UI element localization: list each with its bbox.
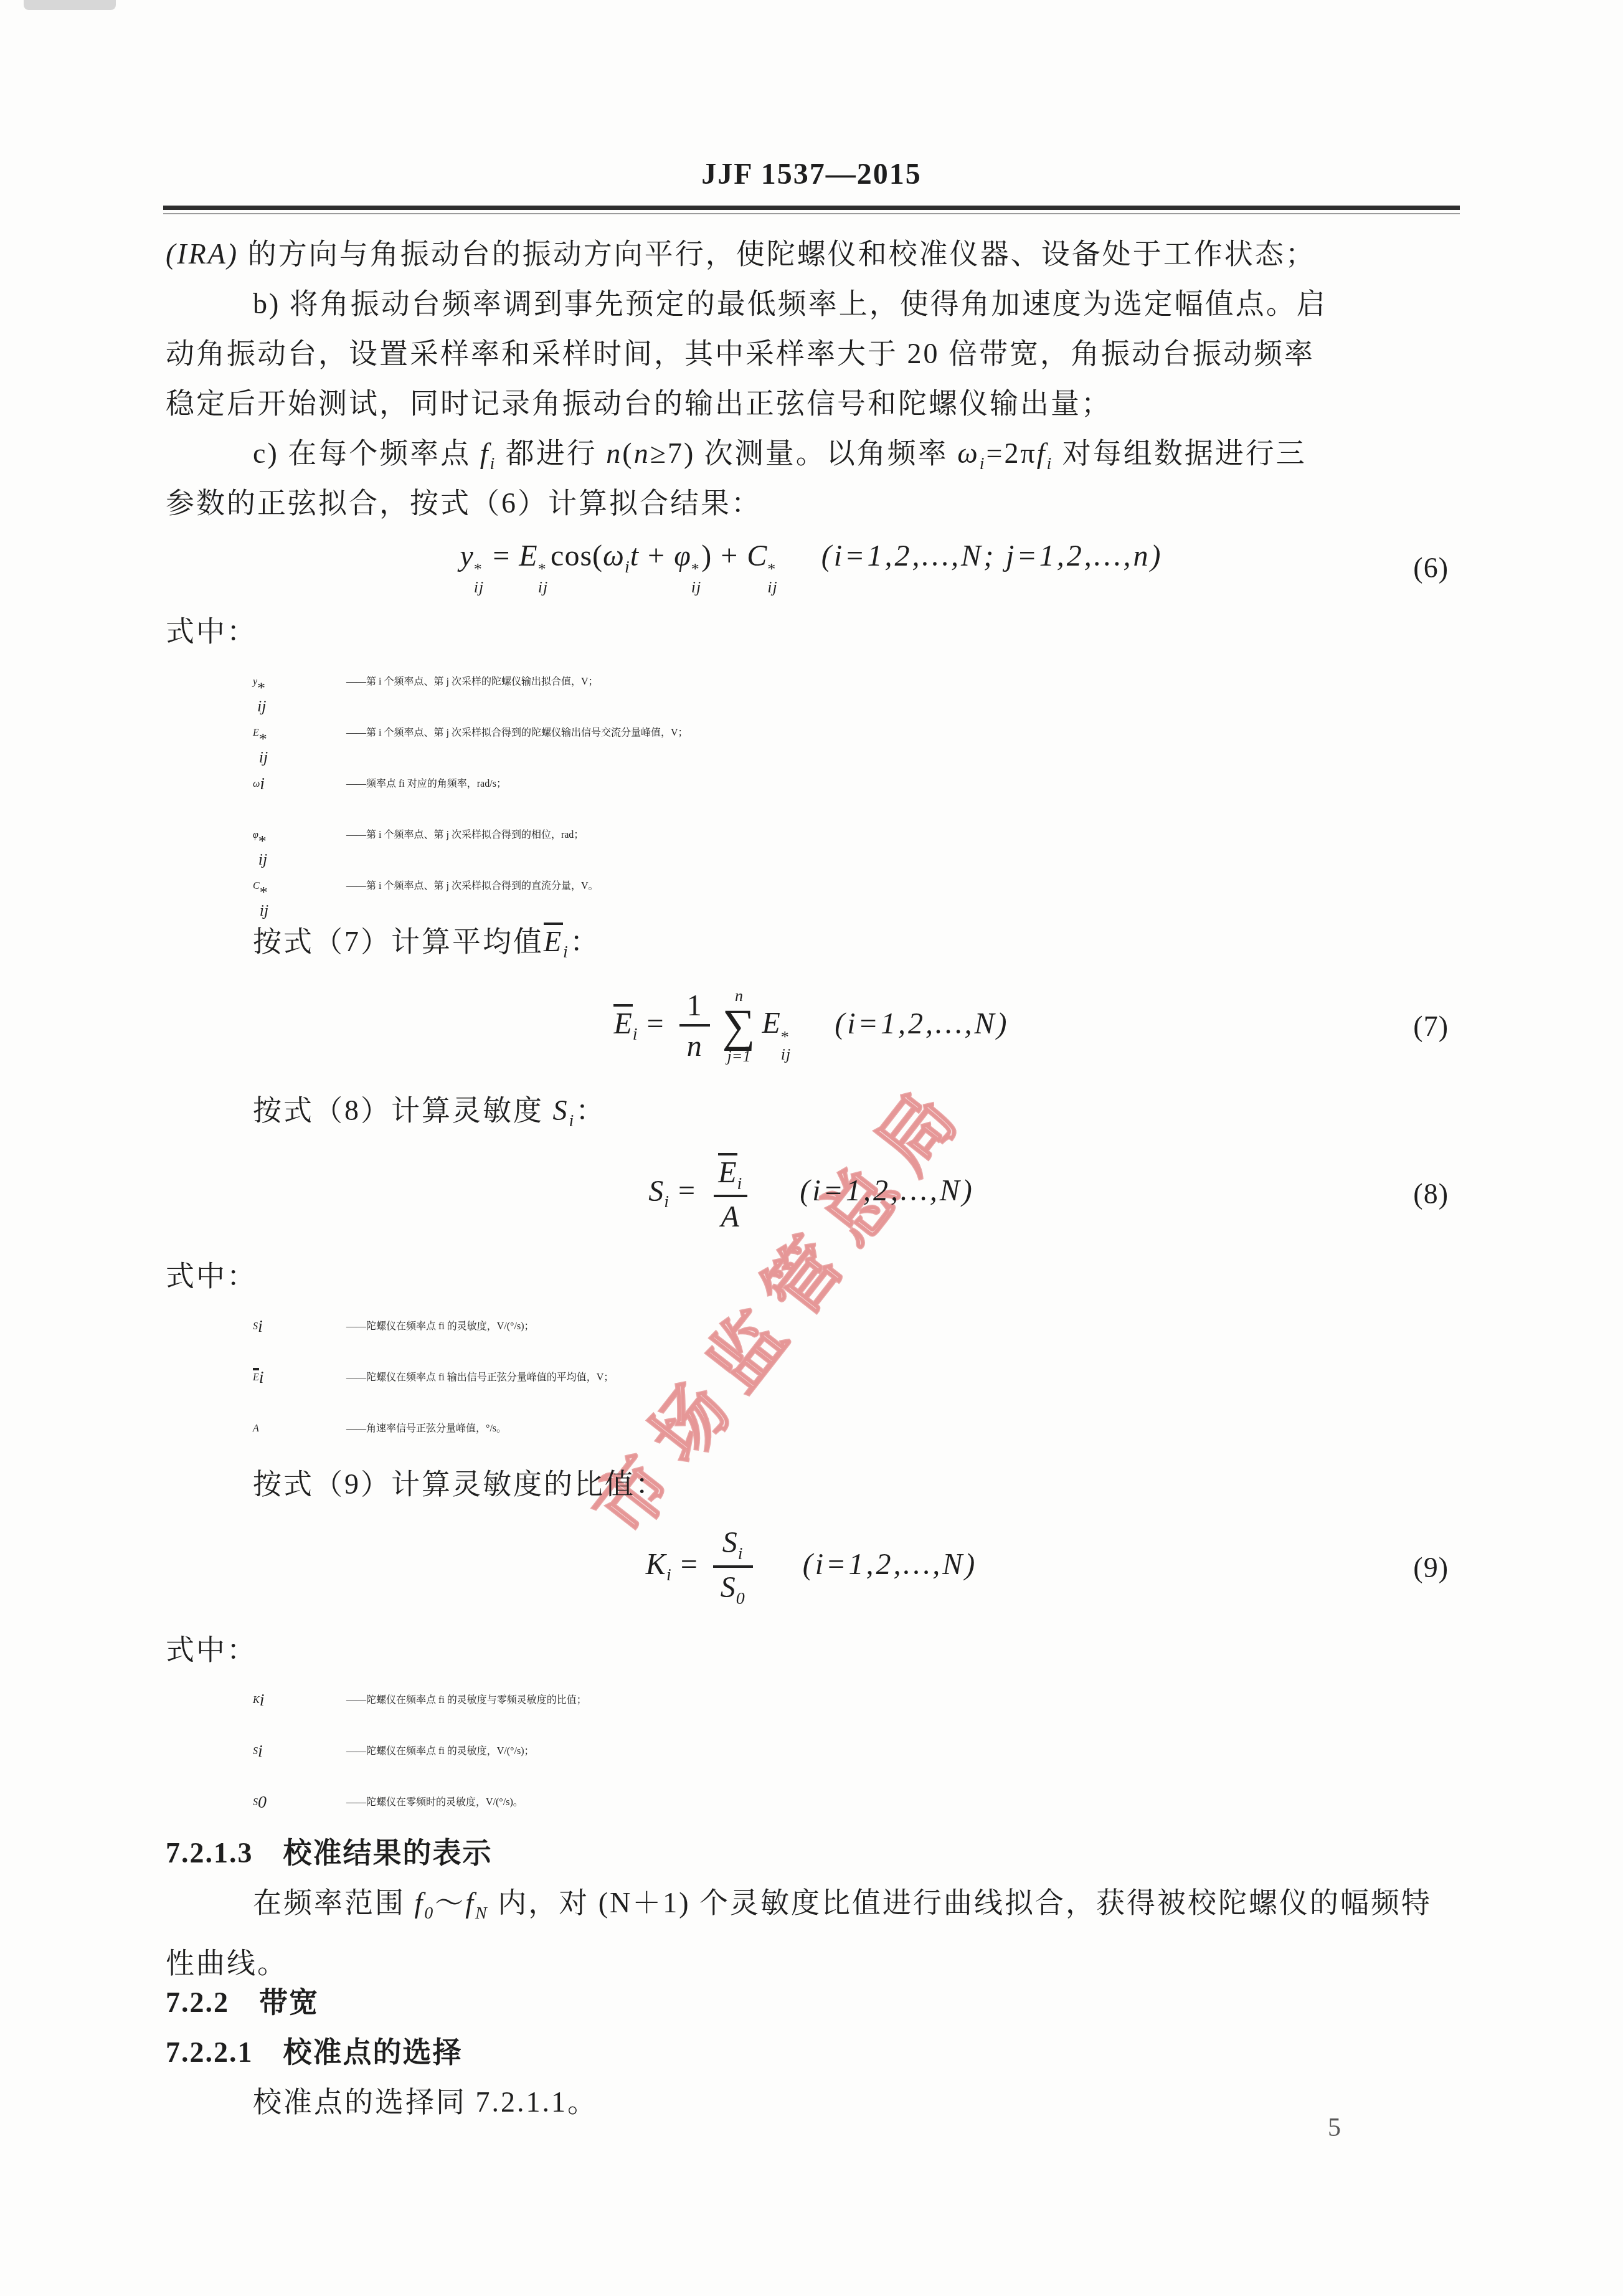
fraction: EiA: [711, 1153, 750, 1235]
page-body: (IRA) 的方向与角振动台的振动方向平行，使陀螺仪和校准仪器、设备处于工作状态…: [166, 229, 1457, 2127]
paragraph-frequency-range: 在频率范围 f0～fN 内，对 (N＋1) 个灵敏度比值进行曲线拟合，获得被校陀…: [166, 1878, 1457, 1978]
scan-artifact: [24, 0, 116, 10]
paragraph-c: c) 在每个频率点 fi 都进行 n(n≥7) 次测量。以角频率 ωi=2πfi…: [166, 429, 1457, 478]
paragraph-b: b) 将角振动台频率调到事先预定的最低频率上，使得角加速度为选定幅值点。启: [166, 279, 1457, 329]
definition-row: C*ij——第 i 个频率点、第 j 次采样拟合得到的直流分量，V。: [166, 861, 1457, 912]
paragraph-b-cont2: 稳定后开始测试，同时记录角振动台的输出正弦信号和陀螺仪输出量；: [166, 379, 1457, 429]
fraction: SiS0: [713, 1525, 753, 1609]
paragraph-by-formula7: 按式（7）计算平均值Ei：: [166, 917, 1457, 967]
label-shizhong-2: 式中：: [166, 1251, 1457, 1301]
definition-row: Si——陀螺仪在频率点 fi 的灵敏度，V/(°/s)；: [166, 1726, 1457, 1777]
section-heading-7-2-2-1: 7.2.2.1 校准点的选择: [166, 2028, 1457, 2077]
definition-row: Ki——陀螺仪在频率点 fi 的灵敏度与零频灵敏度的比值；: [166, 1675, 1457, 1726]
definition-row: S0——陀螺仪在零频时的灵敏度，V/(°/s)。: [166, 1777, 1457, 1828]
paragraph-by-formula8: 按式（8）计算灵敏度 Si：: [166, 1086, 1457, 1136]
overline-E: E: [544, 923, 563, 956]
equation-number-6: (6): [1413, 551, 1449, 584]
label-shizhong-3: 式中：: [166, 1625, 1457, 1675]
section-heading-7-2-2: 7.2.2 带宽: [166, 1978, 1457, 2028]
ira-text: 的方向与角振动台的振动方向平行，使陀螺仪和校准仪器、设备处于工作状态；: [239, 238, 1316, 270]
formula-9-expression: Ki=SiS0(i=1,2,…,N): [646, 1525, 977, 1609]
header-rule-thin: [163, 213, 1460, 214]
page-number: 5: [1328, 2113, 1341, 2143]
formula-8-expression: Si=EiA(i=1,2,…,N): [648, 1153, 974, 1235]
formula-6: y*ij=E*ijcos(ωit+φ*ij)+C*ij(i=1,2,…,N; j…: [166, 533, 1457, 602]
paragraph-b-cont1: 动角振动台，设置采样率和采样时间，其中采样率大于 20 倍带宽，角振动台振动频率: [166, 329, 1457, 379]
paragraph-ira: (IRA) 的方向与角振动台的振动方向平行，使陀螺仪和校准仪器、设备处于工作状态…: [166, 229, 1457, 279]
paragraph-c-cont: 参数的正弦拟合，按式（6）计算拟合结果：: [166, 478, 1457, 528]
fraction: 1n: [679, 989, 710, 1063]
definition-row: y*ij——第 i 个频率点、第 j 次采样的陀螺仪输出拟合值，V；: [166, 657, 1457, 708]
paragraph-last: 校准点的选择同 7.2.1.1。: [166, 2077, 1457, 2127]
definition-row: φ*ij——第 i 个频率点、第 j 次采样拟合得到的相位，rad；: [166, 810, 1457, 861]
equation-number-7: (7): [1413, 1010, 1449, 1043]
label-shizhong-1: 式中：: [166, 607, 1457, 657]
equation-number-8: (8): [1413, 1177, 1449, 1210]
section-heading-7-2-1-3: 7.2.1.3 校准结果的表示: [166, 1828, 1457, 1878]
formula-9: Ki=SiS0(i=1,2,…,N) (9): [166, 1514, 1457, 1620]
formula-8: Si=EiA(i=1,2,…,N) (8): [166, 1141, 1457, 1246]
definition-row: E*ij——第 i 个频率点、第 j 次采样拟合得到的陀螺仪输出信号交流分量峰值…: [166, 708, 1457, 759]
definition-row: A——角速率信号正弦分量峰值，°/s。: [166, 1403, 1457, 1454]
definition-row: ωi——频率点 fi 对应的角频率，rad/s；: [166, 759, 1457, 810]
document-page: JJF 1537—2015 市场监管总局 (IRA) 的方向与角振动台的振动方向…: [0, 0, 1623, 2296]
formula-6-expression: y*ij=E*ijcos(ωit+φ*ij)+C*ij(i=1,2,…,N; j…: [460, 539, 1163, 596]
formula-7-expression: Ei=1nn∑j=1E*ij(i=1,2,…,N): [613, 988, 1009, 1064]
header-rule-thick: [163, 206, 1460, 210]
summation: n∑j=1: [722, 988, 756, 1064]
equation-number-9: (9): [1413, 1551, 1449, 1584]
definition-row: Ei——陀螺仪在频率点 fi 输出信号正弦分量峰值的平均值，V；: [166, 1352, 1457, 1403]
ira-symbol: (IRA): [166, 238, 239, 270]
definition-row: Si——陀螺仪在频率点 fi 的灵敏度，V/(°/s)；: [166, 1301, 1457, 1352]
doc-code-header: JJF 1537—2015: [166, 157, 1457, 191]
formula-7: Ei=1nn∑j=1E*ij(i=1,2,…,N) (7): [166, 972, 1457, 1081]
paragraph-by-formula9: 按式（9）计算灵敏度的比值：: [166, 1459, 1457, 1509]
